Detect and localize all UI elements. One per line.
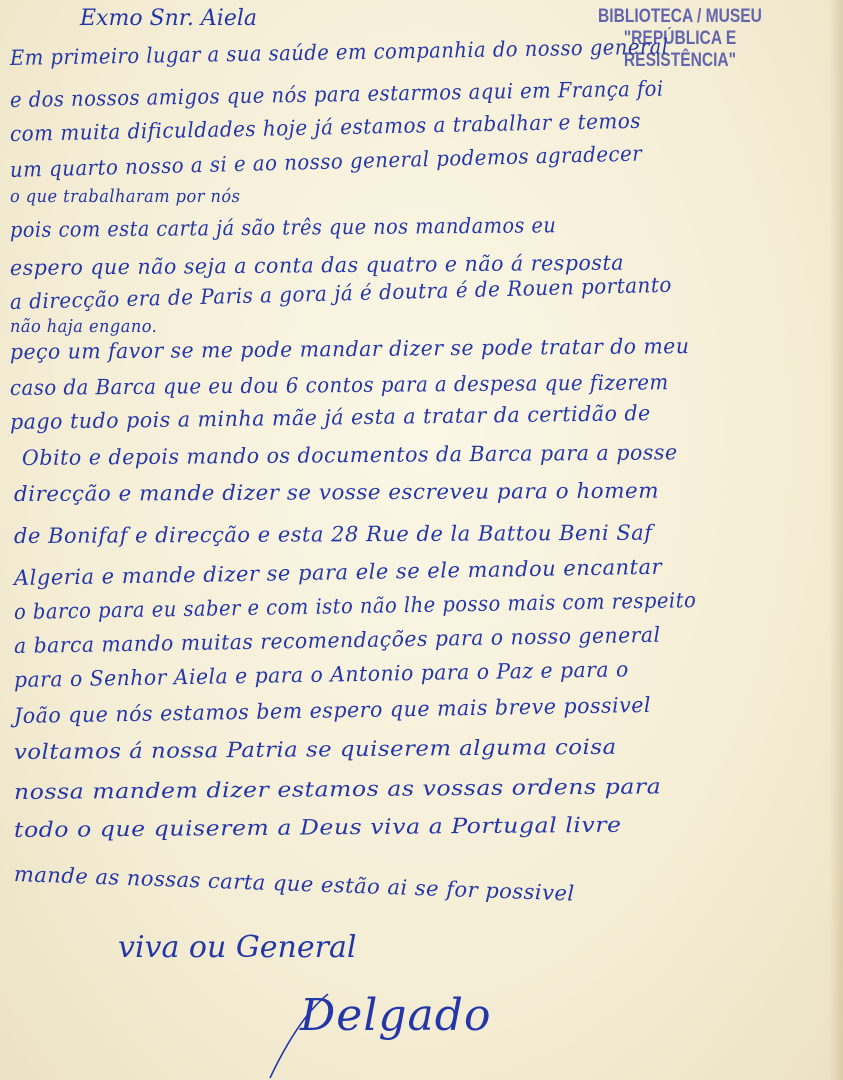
paper-edge-shadow [829,0,843,1080]
letter-line: a barca mando muitas recomendações para … [14,623,661,658]
letter-line: e dos nossos amigos que nós para estarmo… [10,77,664,112]
closing-line: viva ou General [118,930,356,965]
letter-line: o barco para eu saber e com isto não lhe… [14,588,697,624]
letter-line: peço um favor se me pode mandar dizer se… [10,334,690,364]
letter-line: Algeria e mande dizer se para ele se ele… [14,555,662,590]
stamp-line-1: BIBLIOTECA / MUSEU [569,6,790,28]
letter-line: com muita dificuldades hoje já estamos a… [10,109,641,146]
letter-line: João que nós estamos bem espero que mais… [14,693,651,728]
letter-line: direcção e mande dizer se vosse escreveu… [14,479,659,506]
letter-line: todo o que quiserem a Deus viva a Portug… [14,813,622,842]
letter-line: Obito e depois mando os documentos da Ba… [22,440,678,470]
salutation: Exmo Snr. Aiela [80,6,257,31]
letter-page: BIBLIOTECA / MUSEU "REPÚBLICA E RESISTÊN… [0,0,843,1080]
letter-line: um quarto nosso a si e ao nosso general … [10,141,643,182]
letter-line: caso da Barca que eu dou 6 contos para a… [10,370,669,400]
letter-line: pois com esta carta já são três que nos … [10,213,556,242]
letter-line: voltamos á nossa Patria se quiserem algu… [14,735,617,764]
letter-line: mande as nossas carta que estão ai se fo… [14,862,575,906]
letter-line: não haja engano. [10,316,157,337]
letter-line: nossa mandem dizer estamos as vossas ord… [14,774,661,804]
letter-line: pago tudo pois a minha mãe já esta a tra… [10,401,651,434]
signature: Delgado [300,990,491,1041]
letter-line: de Bonifaf e direcção e esta 28 Rue de l… [14,521,653,548]
letter-line: para o Senhor Aiela e para o Antonio par… [14,657,629,692]
letter-line: o que trabalharam por nós [10,186,240,207]
